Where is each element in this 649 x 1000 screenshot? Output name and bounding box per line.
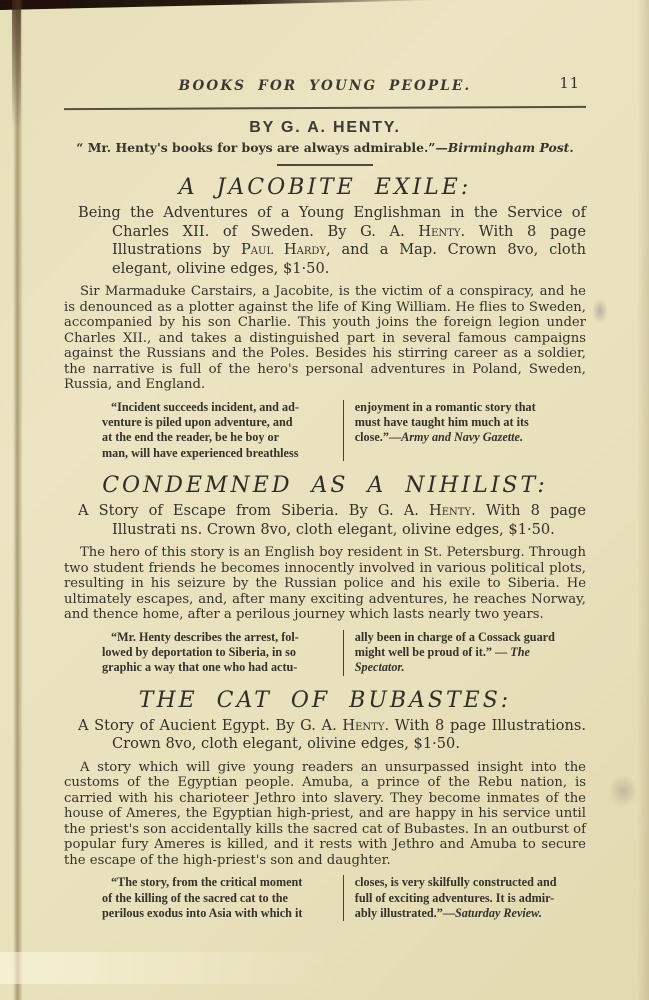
scan-smudge (592, 298, 608, 324)
running-title: BOOKS FOR YOUNG PEOPLE. (64, 78, 586, 94)
running-head: BOOKS FOR YOUNG PEOPLE. 11 (64, 78, 586, 98)
book-title: A JACOBITE EXILE: (64, 175, 586, 200)
person-name-smallcaps: Henty (342, 717, 384, 734)
binding-shadow-corner (0, 0, 70, 7)
page-gutter (13, 0, 23, 1000)
book-subtitle: Being the Adventures of a Young Englishm… (64, 204, 586, 278)
review-quote: “Incident succeeds incident, and ad- ven… (64, 400, 586, 461)
person-name-smallcaps: Henty (429, 502, 471, 519)
page-gutter-shadow (12, 0, 21, 130)
book-title: THE CAT OF BUBASTES: (64, 688, 586, 713)
page-number: 11 (560, 76, 580, 92)
book-catalog-page: BOOKS FOR YOUNG PEOPLE. 11 BY G. A. HENT… (64, 78, 586, 921)
subtitle-text: A Story of Aucient Egypt. By G. A. (78, 717, 342, 734)
review-right-column: ally been in charge of a Cossack guard m… (343, 630, 582, 676)
scan-light-streak (0, 952, 340, 984)
book-title: CONDEMNED AS A NIHILIST: (64, 473, 586, 498)
review-left-column: “Mr. Henty describes the arrest, fol- lo… (102, 630, 343, 676)
book-section: CONDEMNED AS A NIHILIST: A Story of Esca… (64, 473, 586, 676)
book-subtitle: A Story of Escape from Siberia. By G. A.… (64, 502, 586, 539)
book-subtitle: A Story of Aucient Egypt. By G. A. Henty… (64, 717, 586, 754)
author-heading: BY G. A. HENTY. (64, 119, 586, 137)
review-left-column: “The story, from the critical moment of … (102, 875, 343, 921)
scan-smudge (608, 774, 638, 808)
review-left-column: “Incident succeeds incident, and ad- ven… (102, 400, 343, 461)
review-source: Saturday Review. (455, 906, 542, 920)
person-name-smallcaps: Henty (418, 223, 460, 240)
author-quote-source: Birmingham Post. (448, 140, 574, 155)
review-quote: “Mr. Henty describes the arrest, fol- lo… (64, 630, 586, 676)
review-right-column: enjoyment in a romantic story that must … (343, 400, 582, 461)
scanned-book-page: { "colors": { "paper": "#e9e1bc", "ink":… (0, 0, 649, 1000)
page-edge-shade (637, 0, 649, 1000)
review-source: Army and Navy Gazette. (401, 430, 523, 444)
header-rule (64, 106, 586, 110)
book-description: A story which will give young readers an… (64, 760, 586, 869)
book-description: Sir Marmaduke Carstairs, a Jacobite, is … (64, 284, 586, 393)
author-quote: “ Mr. Henty's books for boys are always … (64, 140, 586, 155)
section-divider (277, 164, 373, 166)
review-right-column: closes, is very skilfully constructed an… (343, 875, 582, 921)
review-quote: “The story, from the critical moment of … (64, 875, 586, 921)
subtitle-text: A Story of Escape from Siberia. By G. A. (78, 502, 429, 519)
author-quote-text: “ Mr. Henty's books for boys are always … (76, 140, 448, 155)
person-name-smallcaps: Paul Hardy (241, 241, 326, 258)
book-section: THE CAT OF BUBASTES: A Story of Aucient … (64, 688, 586, 922)
book-section: A JACOBITE EXILE: Being the Adventures o… (64, 175, 586, 461)
book-description: The hero of this story is an English boy… (64, 545, 586, 623)
